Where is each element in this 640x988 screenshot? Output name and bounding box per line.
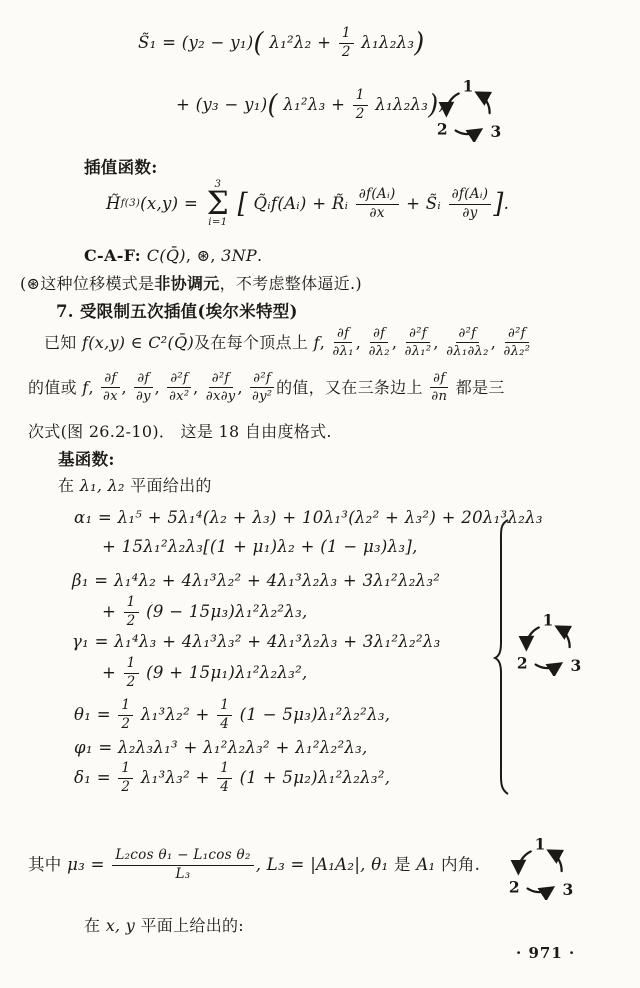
formula-alpha-line2: + 15λ₁²λ₂λ₃[(1 + μ₁)λ₂ + (1 − μ₃)λ₃], bbox=[102, 537, 418, 558]
cycle-number-1: 1 bbox=[543, 612, 554, 629]
formula-phi: φ₁ = λ₂λ₃λ₁³ + λ₁²λ₂λ₃² + λ₁²λ₂²λ₃, bbox=[74, 738, 368, 759]
cyclic-permutation-symbol: 123 bbox=[506, 836, 574, 904]
section-7-heading: 7. 受限制五次插值(埃尔米特型) bbox=[56, 302, 298, 323]
paragraph-line-3: 次式(图 26.2-10)． 这是 18 自由度格式. bbox=[28, 422, 332, 442]
caf-line: C-A-F: C(Q̄), ⊛, 3NP. bbox=[84, 246, 262, 266]
cycle-number-2: 2 bbox=[517, 654, 528, 673]
formula-alpha-line1: α₁ = λ₁⁵ + 5λ₁⁴(λ₂ + λ₃) + 10λ₁³(λ₂² + λ… bbox=[74, 508, 543, 529]
formula-delta: δ₁ = 12 λ₁³λ₃² + 14 (1 + 5μ₂)λ₁²λ₂λ₃², bbox=[74, 761, 390, 795]
basis-intro-line: 在 λ₁, λ₂ 平面给出的 bbox=[58, 476, 212, 496]
formula-gamma-line2: + 12 (9 + 15μ₁)λ₁²λ₂λ₃², bbox=[102, 656, 308, 690]
paragraph-line-1: 已知 f(x,y) ∈ C²(Q̄)及在每个顶点上 f, ∂f∂λ₁, ∂f∂λ… bbox=[44, 326, 532, 359]
cycle-number-3: 3 bbox=[490, 122, 501, 141]
formula-theta: θ₁ = 12 λ₁³λ₂² + 14 (1 − 5μ₃)λ₁²λ₂²λ₃, bbox=[74, 698, 390, 732]
cycle-number-1: 1 bbox=[535, 836, 546, 853]
formula-beta-line2: + 12 (9 − 15μ₃)λ₁²λ₂²λ₃, bbox=[102, 595, 308, 629]
formula-s1-line1: S̃₁ = (y₂ − y₁)( λ₁²λ₂ + 12 λ₁λ₂λ₃) bbox=[138, 26, 425, 60]
paragraph-line-2: 的值或 f, ∂f∂x, ∂f∂y, ∂²f∂x², ∂²f∂x∂y, ∂²f∂… bbox=[28, 371, 505, 404]
interp-function-label: 插值函数: bbox=[84, 158, 158, 179]
cycle-number-3: 3 bbox=[562, 880, 573, 899]
cycle-number-2: 2 bbox=[509, 878, 520, 897]
page-number: · 971 · bbox=[516, 944, 575, 963]
xy-plane-line: 在 x, y 平面上给出的: bbox=[84, 916, 244, 936]
scanned-book-page: S̃₁ = (y₂ − y₁)( λ₁²λ₂ + 12 λ₁λ₂λ₃) + (y… bbox=[0, 0, 640, 988]
note-line: (⊛这种位移模式是非协调元，不考虑整体逼近.) bbox=[20, 274, 362, 294]
cyclic-permutation-symbol: 123 bbox=[514, 612, 582, 680]
formula-mu-definition: 其中 μ₃ = L₂cos θ₁ − L₁cos θ₂L₃, L₃ = |A₁A… bbox=[28, 848, 480, 882]
formula-s1-line2: + (y₃ − y₁)( λ₁²λ₃ + 12 λ₁λ₂λ₃), bbox=[176, 88, 444, 122]
right-brace bbox=[492, 517, 512, 801]
interp-function-formula: H̃f(3)(x,y) = 3Σi=1 [ Q̃ᵢf(Aᵢ) + R̃ᵢ ∂f(… bbox=[106, 180, 509, 229]
cycle-number-1: 1 bbox=[463, 78, 474, 95]
formula-beta-line1: β₁ = λ₁⁴λ₂ + 4λ₁³λ₂² + 4λ₁³λ₂λ₃ + 3λ₁²λ₂… bbox=[72, 571, 440, 592]
basis-function-label: 基函数: bbox=[58, 450, 115, 471]
formula-gamma-line1: γ₁ = λ₁⁴λ₃ + 4λ₁³λ₃² + 4λ₁³λ₂λ₃ + 3λ₁²λ₂… bbox=[72, 632, 441, 653]
cycle-number-2: 2 bbox=[437, 120, 448, 139]
cyclic-permutation-symbol: 123 bbox=[434, 78, 502, 146]
cycle-number-3: 3 bbox=[570, 656, 581, 675]
